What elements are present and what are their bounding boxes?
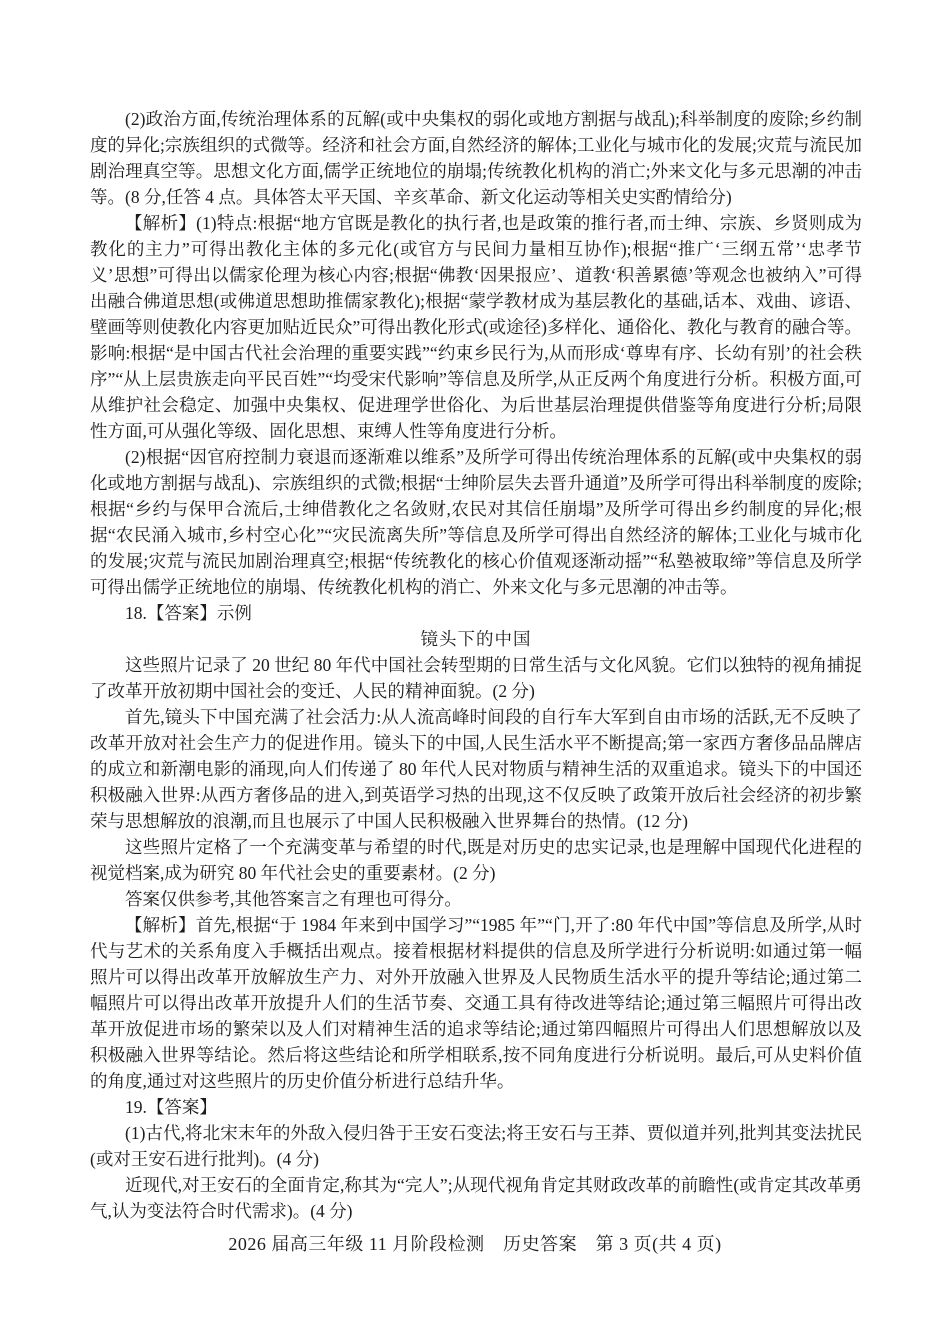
q18-essay-body: 首先,镜头下中国充满了社会活力:从人流高峰时间段的自行车大军到自由市场的活跃,无… [90,704,862,834]
q18-essay-intro: 这些照片记录了 20 世纪 80 年代中国社会转型期的日常生活与文化风貌。它们以… [90,652,862,704]
q18-answer-label: 18.【答案】示例 [90,600,862,626]
q18-grading-note: 答案仅供参考,其他答案言之有理也可得分。 [90,886,862,912]
q18-analysis: 【解析】首先,根据“于 1984 年来到中国学习”“1985 年”“门,开了:8… [90,912,862,1094]
q19-part1-ancient: (1)古代,将北宋末年的外敌入侵归咎于王安石变法;将王安石与王莽、贾似道并列,批… [90,1120,862,1172]
q18-essay-title: 镜头下的中国 [90,626,862,652]
q17-analysis-part1: 【解析】(1)特点:根据“地方官既是教化的执行者,也是政策的推行者,而士绅、宗族… [90,210,862,444]
q18-essay-conclusion: 这些照片定格了一个充满变革与希望的时代,既是对历史的忠实记录,也是理解中国现代化… [90,834,862,886]
page-footer: 2026 届高三年级 11 月阶段检测 历史答案 第 3 页(共 4 页) [0,1231,950,1257]
q17-analysis-part2: (2)根据“因官府控制力衰退而逐渐难以维系”及所学可得出传统治理体系的瓦解(或中… [90,444,862,600]
q17-part2-answer: (2)政治方面,传统治理体系的瓦解(或中央集权的弱化或地方割据与战乱);科举制度… [90,106,862,210]
q19-answer-label: 19.【答案】 [90,1094,862,1120]
scanned-answer-sheet: { "doc": { "q17": { "part2_answer": "(2)… [0,0,950,1324]
q19-part1-modern: 近现代,对王安石的全面肯定,称其为“完人”;从现代视角肯定其财政改革的前瞻性(或… [90,1172,862,1224]
answer-sheet-page: (2)政治方面,传统治理体系的瓦解(或中央集权的弱化或地方割据与战乱);科举制度… [90,106,862,1224]
